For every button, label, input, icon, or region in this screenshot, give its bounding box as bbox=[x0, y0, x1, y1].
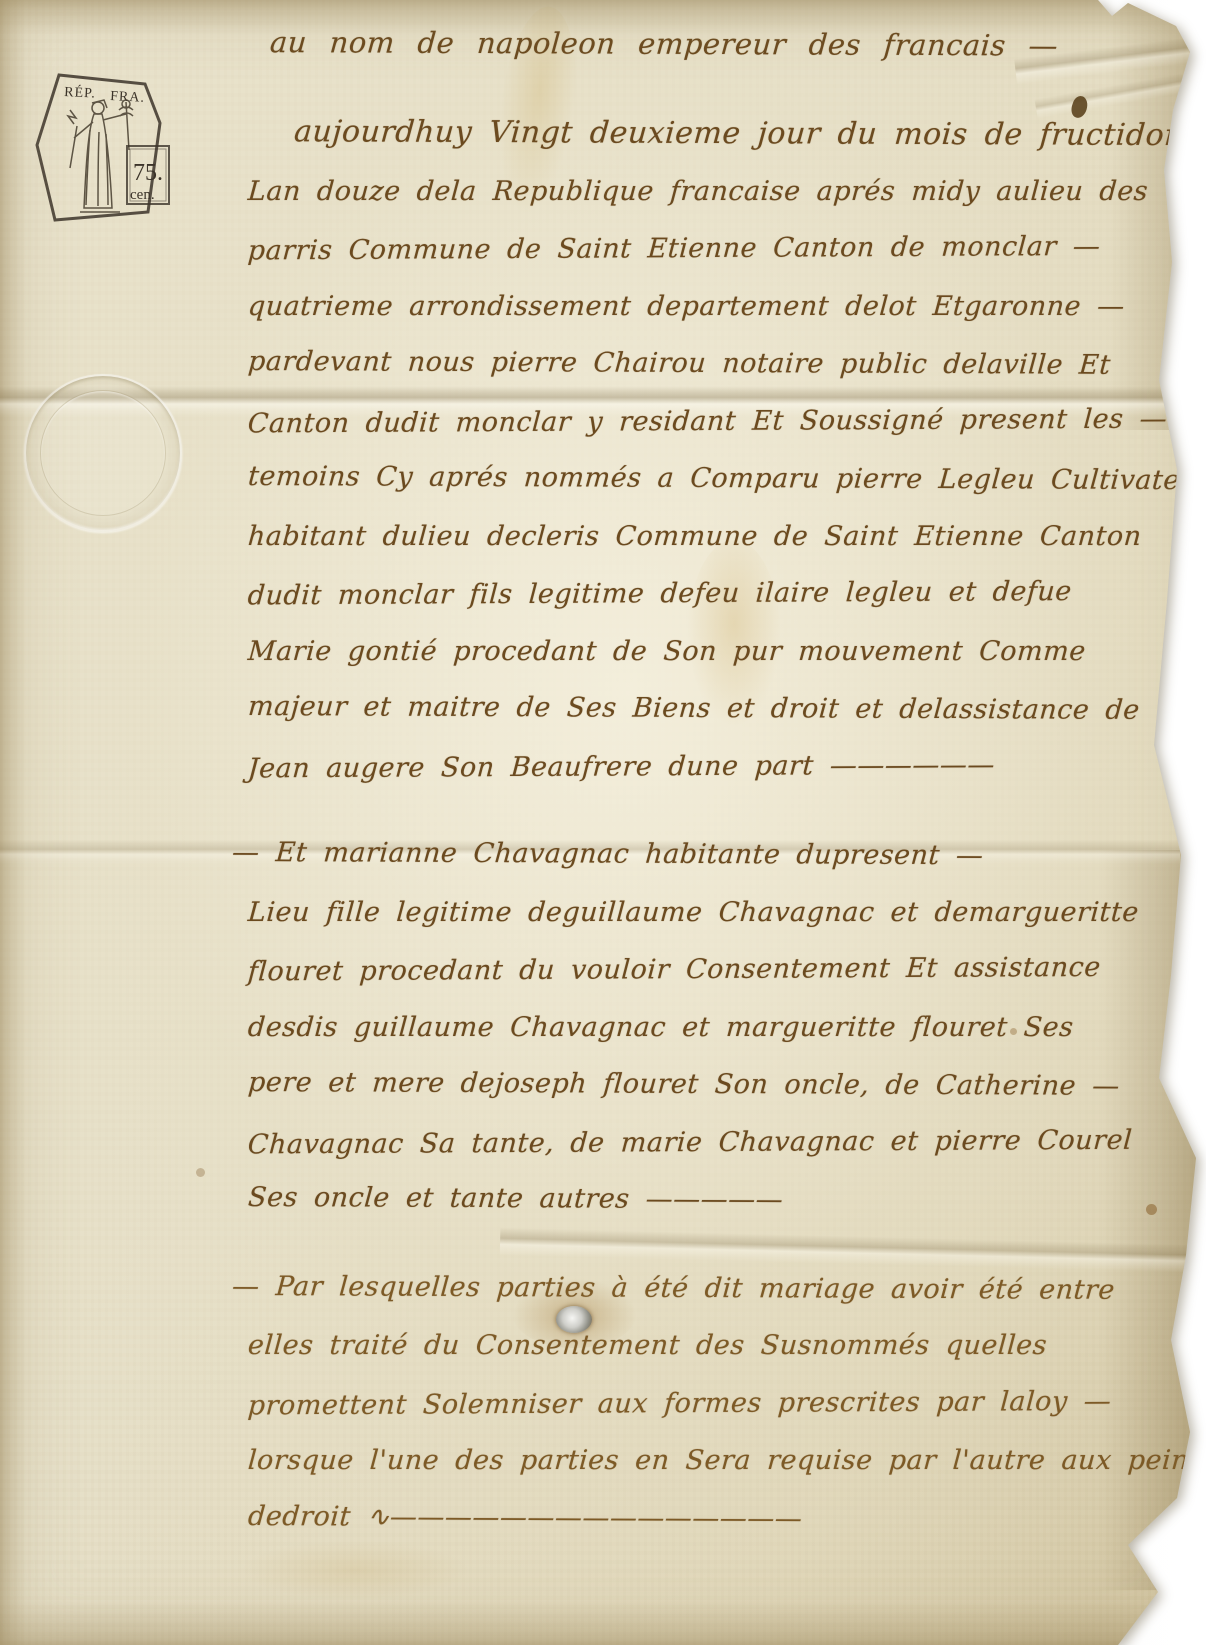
manuscript-line: flouret procedant du vouloir Consentemen… bbox=[246, 939, 1170, 1001]
manuscript-line: Lan douze dela Republique francaise apré… bbox=[246, 163, 1170, 221]
stamp-value: 75. bbox=[133, 160, 163, 186]
manuscript-line: pere et mere dejoseph flouret Son oncle,… bbox=[246, 1054, 1170, 1116]
manuscript-line: promettent Solemniser aux formes prescri… bbox=[246, 1372, 1170, 1434]
manuscript-line: desdis guillaume Chavagnac et margueritt… bbox=[246, 999, 1170, 1057]
stamp-value-block: 75. cen. bbox=[127, 146, 169, 204]
manuscript-line: habitant dulieu decleris Commune de Sain… bbox=[246, 508, 1170, 566]
stamp-header-left: RÉP. bbox=[64, 83, 96, 102]
manuscript-line: temoins Cy aprés nommés a Comparu pierre… bbox=[246, 448, 1170, 510]
manuscript-line: — Par lesquelles parties à été dit maria… bbox=[230, 1257, 1170, 1319]
stamp-header-right: FRA. bbox=[110, 89, 145, 106]
manuscript-line: lorsque l'une des parties en Sera requis… bbox=[246, 1432, 1170, 1490]
manuscript-line: quatrieme arrondissement departement del… bbox=[246, 278, 1170, 336]
manuscript-line: Ses oncle et tante autres ————— bbox=[246, 1169, 1170, 1231]
manuscript-line: majeur et maitre de Ses Biens et droit e… bbox=[246, 678, 1170, 740]
manuscript-line: Canton dudit monclar y residant Et Souss… bbox=[246, 390, 1170, 452]
manuscript-line: dudit monclar fils legitime defeu ilaire… bbox=[246, 563, 1170, 625]
manuscript-line: dedroit ∿——————————————— bbox=[246, 1487, 1170, 1549]
paragraph-marriage-promise: — Par lesquelles parties à été dit maria… bbox=[248, 1260, 1168, 1548]
manuscript-line: parris Commune de Saint Etienne Canton d… bbox=[246, 218, 1170, 280]
paragraph-bride: — Et marianne Chavagnac habitante dupres… bbox=[248, 826, 1168, 1229]
manuscript-text: au nom de napoleon empereur des francais… bbox=[248, 14, 1168, 1547]
document-page: RÉP. FRA. bbox=[0, 0, 1206, 1645]
embossed-blind-seal bbox=[24, 374, 182, 532]
manuscript-line: Jean augere Son Beaufrere dune part ————… bbox=[246, 735, 1170, 797]
revenue-stamp: RÉP. FRA. bbox=[0, 0, 210, 250]
minerva-figure-icon bbox=[68, 100, 133, 212]
manuscript-line: Chavagnac Sa tante, de marie Chavagnac e… bbox=[246, 1111, 1170, 1173]
manuscript-line: elles traité du Consentement des Susnomm… bbox=[246, 1317, 1170, 1375]
invocation-title: au nom de napoleon empereur des francais… bbox=[246, 12, 1170, 76]
stain bbox=[240, 1540, 470, 1600]
stamp-unit: cen. bbox=[130, 187, 155, 203]
manuscript-line: Lieu fille legitime deguillaume Chavagna… bbox=[246, 884, 1170, 942]
paper-shadow: RÉP. FRA. bbox=[0, 0, 1206, 1645]
bottom-edge-shading bbox=[0, 1600, 1160, 1645]
foxing-spot bbox=[196, 1168, 205, 1177]
manuscript-line: Marie gontié procedant de Son pur mouvem… bbox=[246, 623, 1170, 681]
paragraph-date-and-groom: aujourdhuy Vingt deuxieme jour du mois d… bbox=[248, 105, 1168, 795]
manuscript-line: — Et marianne Chavagnac habitante dupres… bbox=[230, 824, 1170, 886]
manuscript-line: aujourdhuy Vingt deuxieme jour du mois d… bbox=[246, 103, 1170, 165]
manuscript-line: pardevant nous pierre Chairou notaire pu… bbox=[246, 333, 1170, 395]
scanned-document: RÉP. FRA. bbox=[0, 0, 1206, 1645]
